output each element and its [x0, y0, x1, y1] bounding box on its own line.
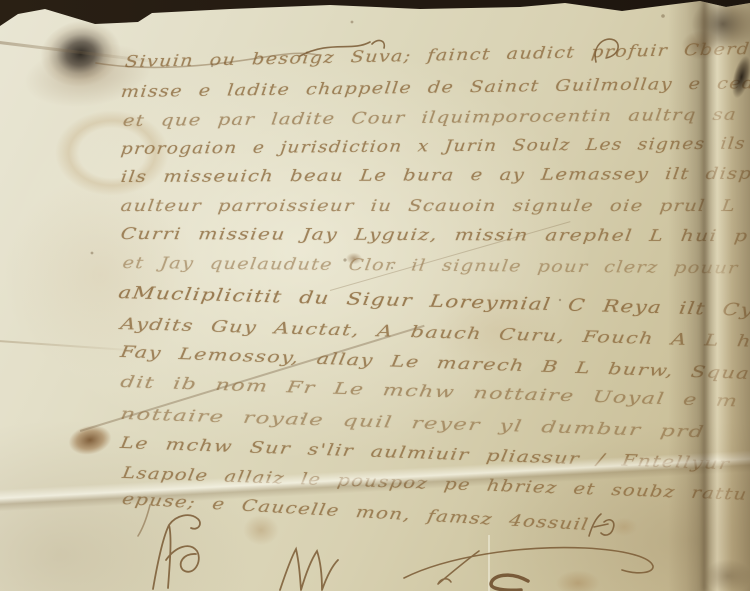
manuscript-line: aMucliplicitit du Sigur Loreymial C Reya…: [117, 283, 750, 321]
manuscript-line: aulteur parroissieur iu Scauoin signule …: [120, 196, 738, 215]
manuscript-line: prorogaion e jurisdiction x Jurin Soulz …: [120, 134, 747, 158]
manuscript-line: ils misseuich beau Le bura e ay Lemassey…: [120, 164, 750, 186]
manuscript-photo: Sivuin ou besoigz Suva; fainct audict pr…: [0, 0, 750, 591]
fold-ridge-shadow: [702, 0, 707, 591]
manuscript-line: et que par ladite Cour ilquimporocentin …: [122, 105, 738, 130]
parchment-sheet: Sivuin ou besoigz Suva; fainct audict pr…: [0, 0, 750, 591]
manuscript-line: Sivuin ou besoigz Suva; fainct audict pr…: [124, 39, 750, 71]
manuscript-line: et Jay quelaudute Clor il signule pour c…: [122, 253, 740, 277]
manuscript-line: misse e ladite chappelle de Sainct Guilm…: [120, 73, 750, 101]
fold-tear-bottom: [700, 556, 750, 591]
manuscript-line: Curri missieu Jay Lyguiz, missin arephel…: [120, 224, 750, 245]
crease-line: [488, 535, 490, 591]
